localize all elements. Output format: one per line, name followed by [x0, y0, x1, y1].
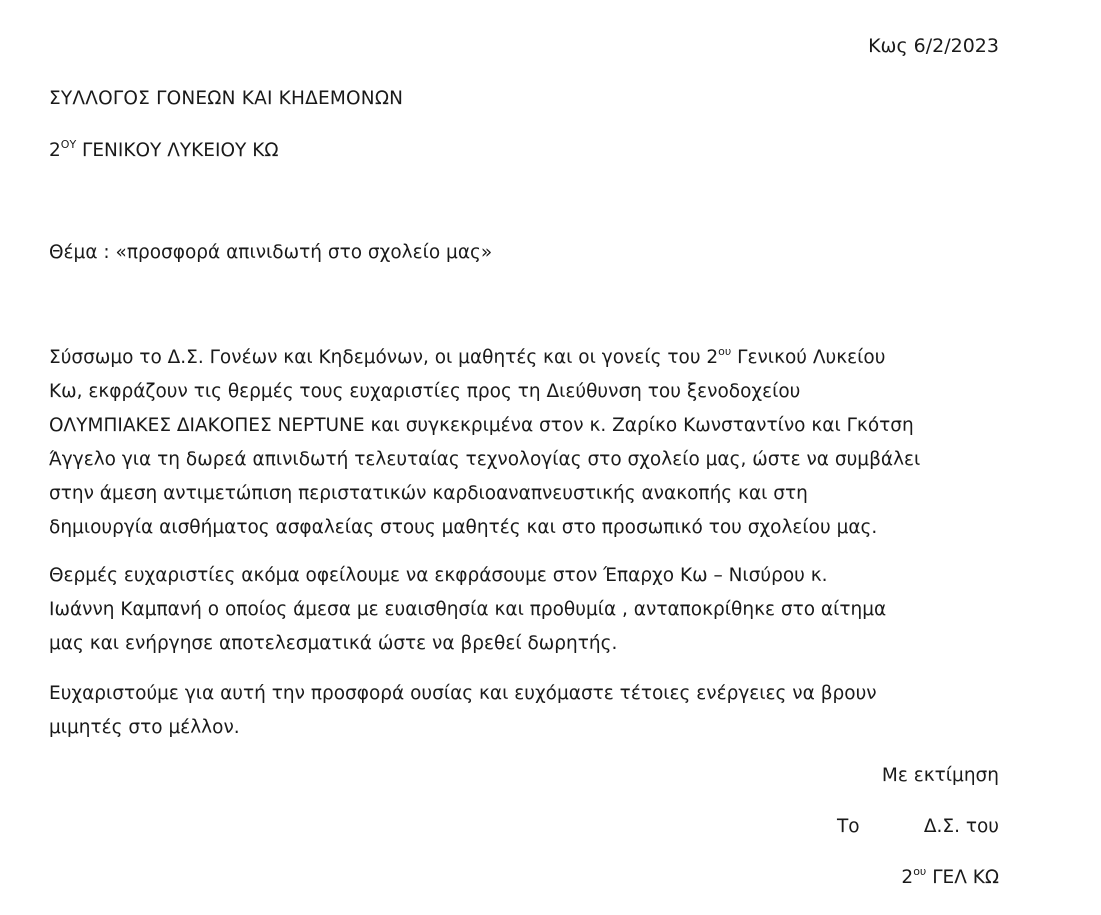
paragraph-thanks-eparch: Θερμές ευχαριστίες ακόμα οφείλουμε να εκ… [49, 559, 1009, 661]
signature-article: Το [837, 818, 860, 837]
paragraph-line: ΟΛΥΜΠΙΑΚΕΣ ΔΙΑΚΟΠΕΣ NEPTUNE και συγκεκρι… [49, 409, 1009, 443]
signature-board: Δ.Σ. του [924, 818, 999, 837]
ordinal-suffix: ου [718, 345, 731, 358]
paragraph-line: στην άμεση αντιμετώπιση περιστατικών καρ… [49, 477, 1009, 511]
paragraph-line: δημιουργία αισθήματος ασφαλείας στους μα… [49, 511, 1009, 545]
line-text-rest: Γενικού Λυκείου [731, 347, 885, 368]
school-number-suffix: ΟΥ [61, 138, 76, 151]
signature-ordinal-suffix: ου [913, 865, 926, 878]
paragraph-closing-thanks: Ευχαριστούμε για αυτή την προσφορά ουσία… [49, 677, 1009, 745]
signature-school: 2ου ΓΕΛ ΚΩ [901, 869, 999, 888]
paragraph-line: Ευχαριστούμε για αυτή την προσφορά ουσία… [49, 677, 1009, 711]
signature-school-number: 2 [901, 867, 913, 888]
paragraph-line: μιμητές στο μέλλον. [49, 711, 1009, 745]
signature-closing: Με εκτίμηση [882, 767, 999, 786]
letter-date: Κως 6/2/2023 [868, 37, 999, 56]
paragraph-line: Άγγελο για τη δωρεά απινιδωτή τελευταίας… [49, 443, 1009, 477]
paragraph-line: Θερμές ευχαριστίες ακόμα οφείλουμε να εκ… [49, 559, 1009, 593]
school-number: 2 [49, 140, 61, 161]
letter-page: Κως 6/2/2023 ΣΥΛΛΟΓΟΣ ΓΟΝΕΩΝ ΚΑΙ ΚΗΔΕΜΟΝ… [0, 0, 1101, 915]
paragraph-line: μας και ενήργησε αποτελεσματικά ώστε να … [49, 627, 1009, 661]
signature-school-text: ΓΕΛ ΚΩ [926, 867, 999, 888]
letter-subject: Θέμα : «προσφορά απινιδωτή στο σχολείο μ… [49, 244, 492, 263]
paragraph-line: Σύσσωμο το Δ.Σ. Γονέων και Κηδεμόνων, οι… [49, 341, 1009, 375]
paragraph-thanks-hotel: Σύσσωμο το Δ.Σ. Γονέων και Κηδεμόνων, οι… [49, 341, 1009, 545]
paragraph-line: Ιωάννη Καμπανή ο οποίος άμεσα με ευαισθη… [49, 593, 1009, 627]
school-name: 2ΟΥ ΓΕΝΙΚΟΥ ΛΥΚΕΙΟΥ ΚΩ [49, 142, 278, 161]
school-name-text: ΓΕΝΙΚΟΥ ΛΥΚΕΙΟΥ ΚΩ [76, 140, 278, 161]
paragraph-line: Κω, εκφράζουν τις θερμές τους ευχαριστίε… [49, 375, 1009, 409]
line-text: Σύσσωμο το Δ.Σ. Γονέων και Κηδεμόνων, οι… [49, 347, 718, 368]
organization-name: ΣΥΛΛΟΓΟΣ ΓΟΝΕΩΝ ΚΑΙ ΚΗΔΕΜΟΝΩΝ [49, 90, 403, 109]
